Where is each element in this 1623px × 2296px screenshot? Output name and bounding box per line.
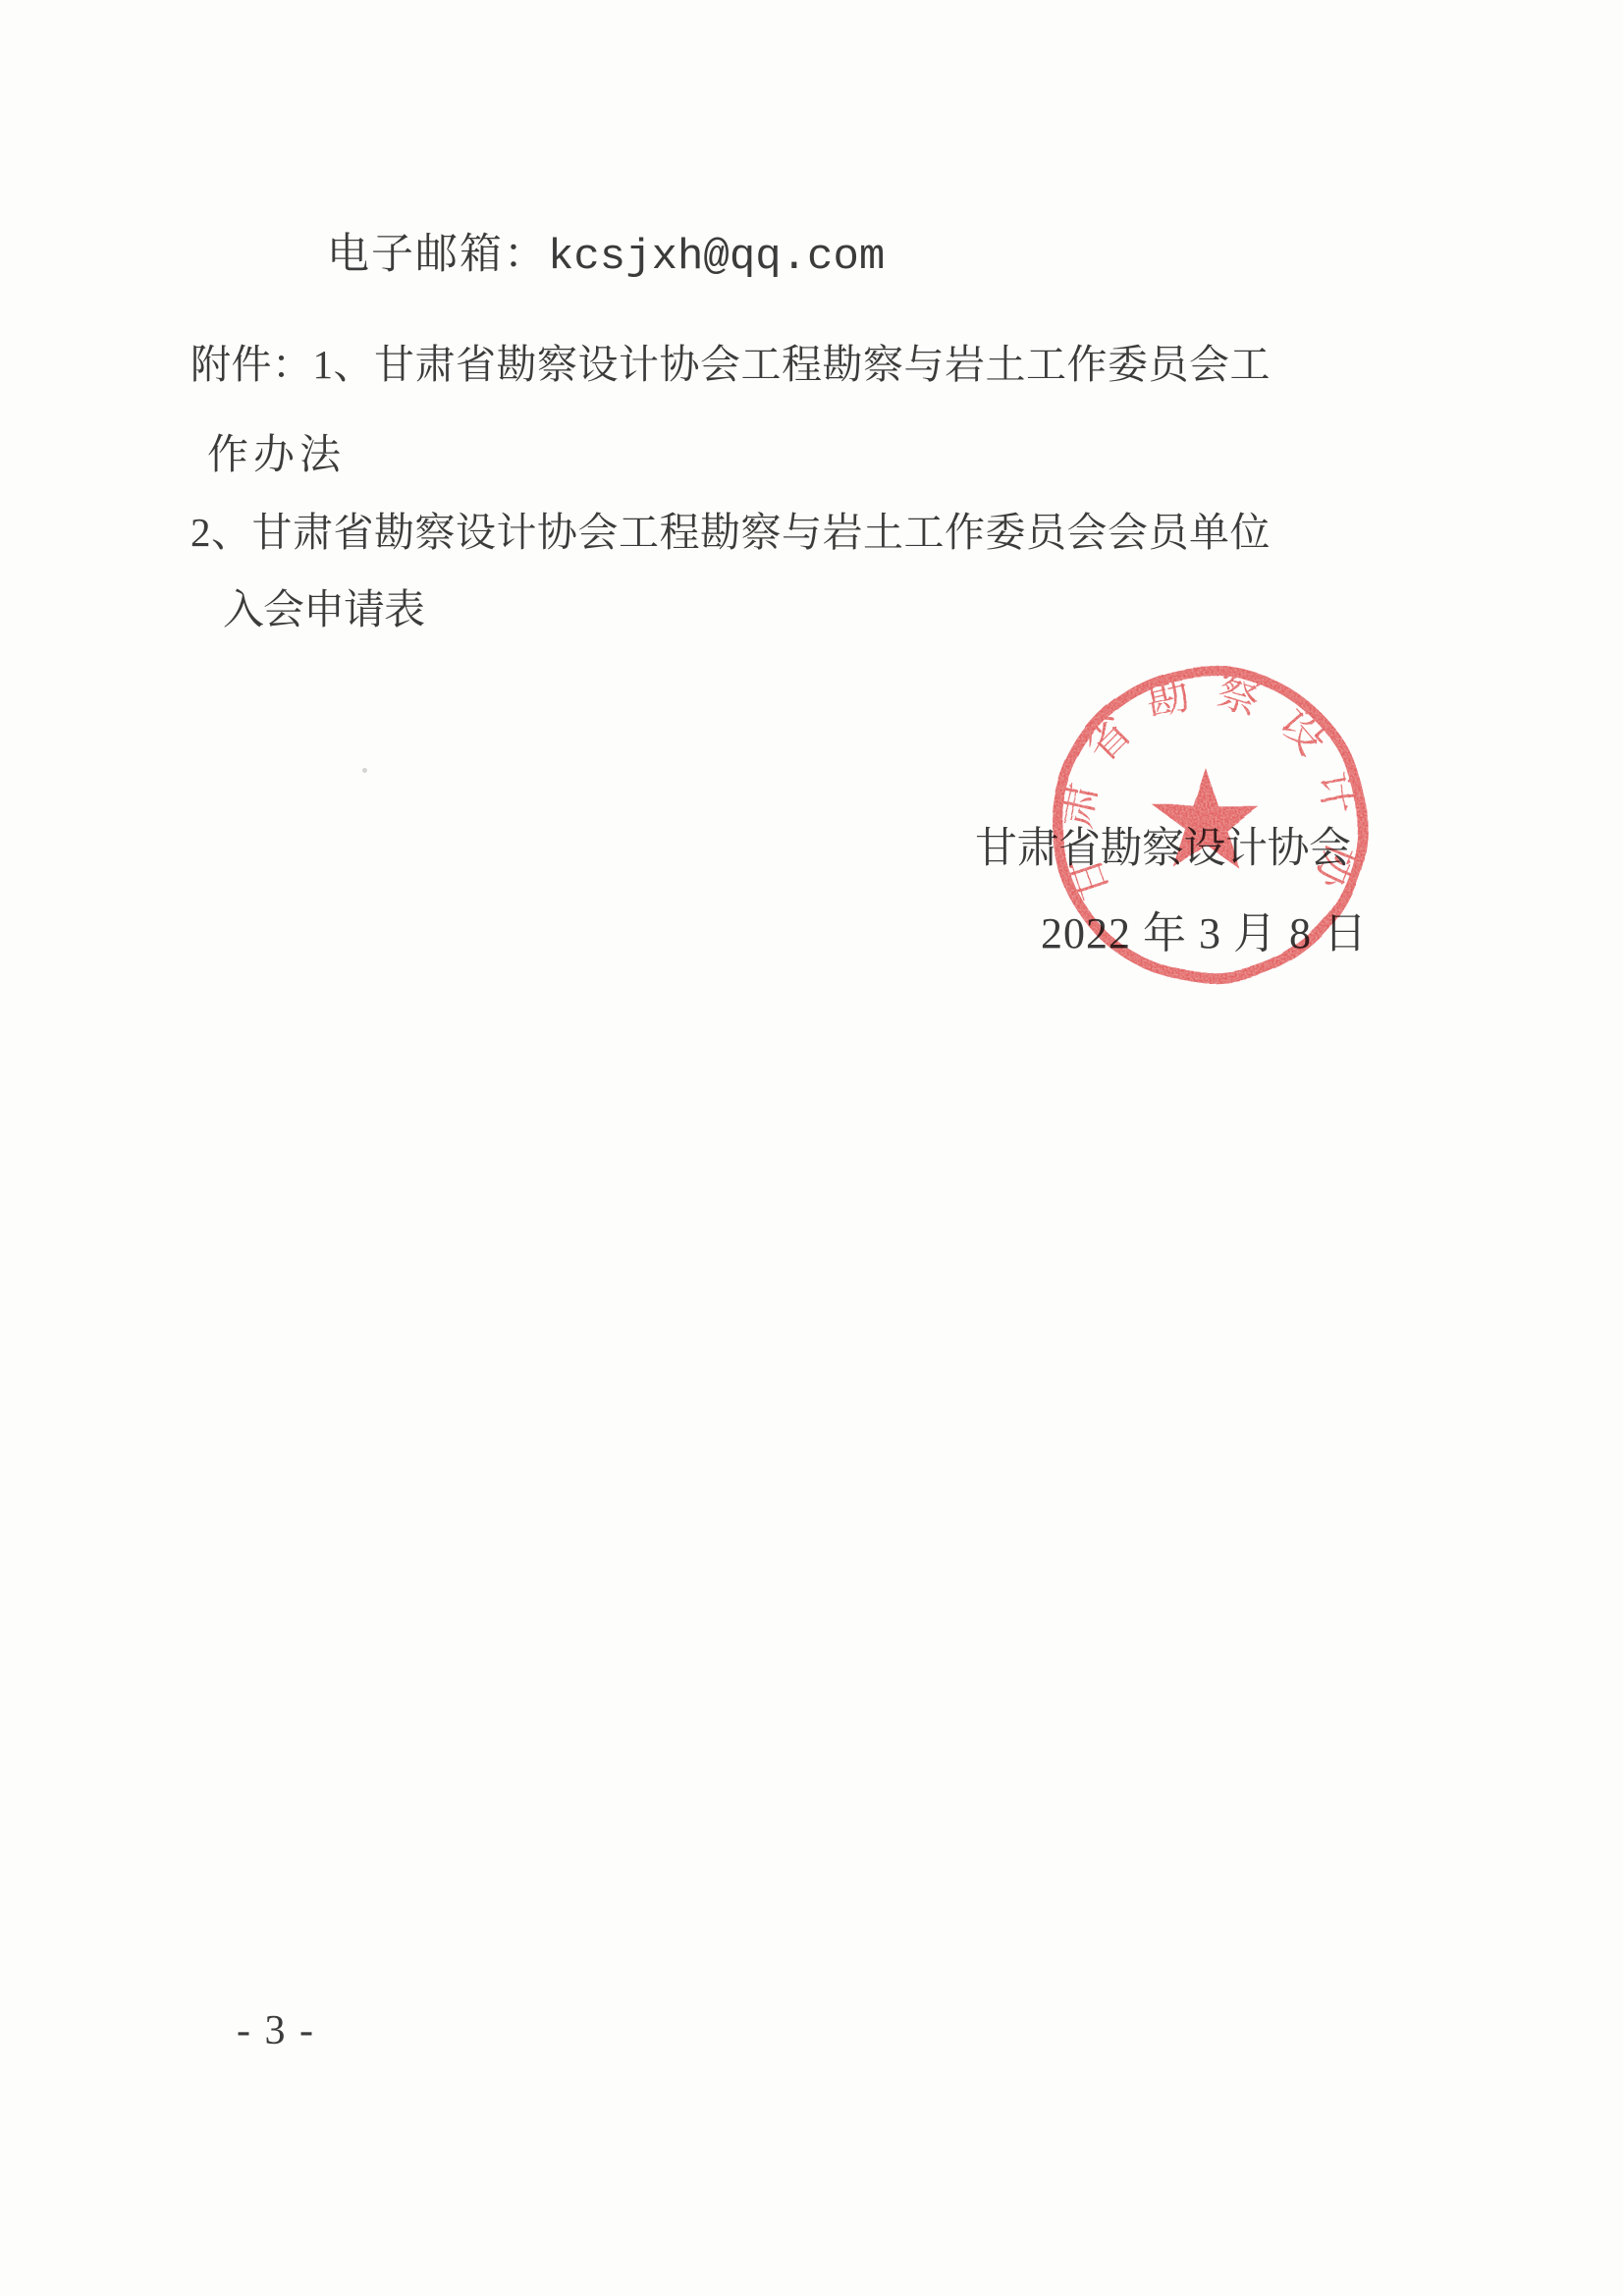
scan-artifact-dot [362,768,367,773]
email-address: kcsjxh@qq.com [548,233,885,282]
attachment-line-1: 附件：1、甘肃省勘察设计协会工程勘察与岩土工作委员会工 [190,342,1271,388]
official-seal: 甘肃省勘察设计协会 [1039,654,1380,996]
official-seal-graphic: 甘肃省勘察设计协会 [1039,654,1380,996]
attachment-line-4: 入会申请表 [223,587,424,634]
page-number: - 3 - [237,2007,315,2054]
email-label: 电子邮箱： [327,232,548,278]
email-line: 电子邮箱：kcsjxh@qq.com [277,183,885,331]
attachment-line-2: 作办法 [207,432,346,479]
seal-star-icon [1154,768,1259,867]
document-page: 电子邮箱：kcsjxh@qq.com 附件：1、甘肃省勘察设计协会工程勘察与岩土… [0,0,1623,2296]
attachment-line-3: 2、甘肃省勘察设计协会工程勘察与岩土工作委员会会员单位 [190,510,1271,556]
